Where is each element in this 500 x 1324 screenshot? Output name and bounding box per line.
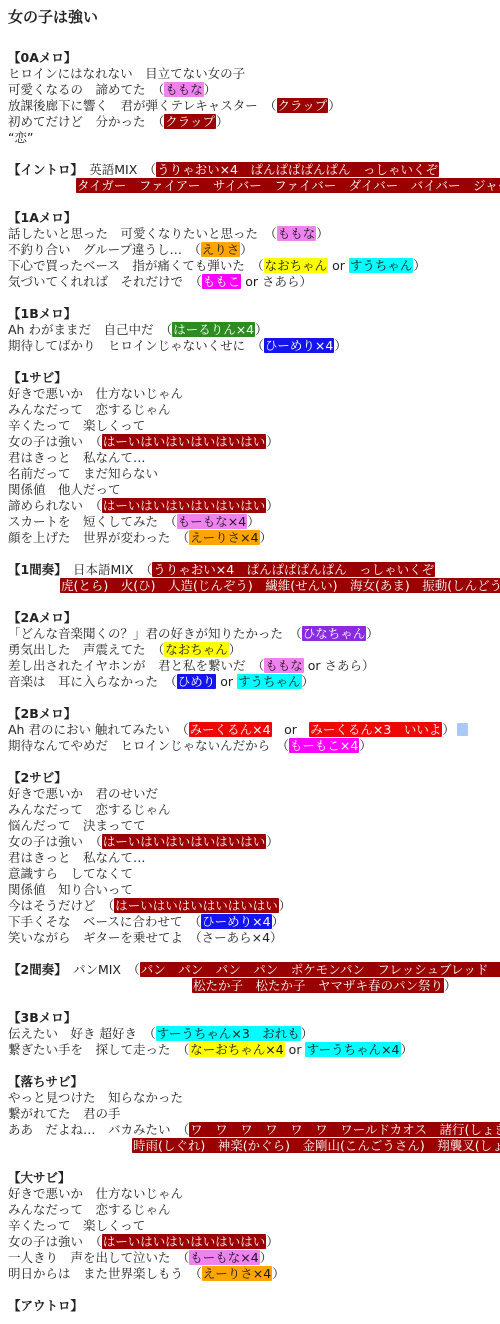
lyric-text: 関係値 知り合いって [8,882,133,897]
lyric-text: 好きで悪いか 仕方ないじゃん [8,1186,183,1201]
lyric-line: スカートを 短くしてみた （もーもな×4） [8,514,492,530]
lyric-text: ） [266,834,279,849]
lyric-text: 意識すら してなくて [8,866,133,881]
section-heading-line: 【大サビ】 [8,1170,492,1186]
section-heading-line: 【1Bメロ】 [8,306,492,322]
call-highlight: もーもこ×4 [289,738,359,753]
lyric-text: 君はきっと 私なんて… [8,450,146,465]
lyric-text: 君はきっと 私なんて… [8,850,146,865]
lyric-line: 諦められない （はーいはいはいはいはいはい） [8,498,492,514]
lyric-line: みんなだって 恋するじゃん [8,802,492,818]
lyric-line: 下心で買ったベース 指が痛くても弾いた （なおちゃん or すうちゃん） [8,258,492,274]
section-heading-line: 【落ちサビ】 [8,1074,492,1090]
call-highlight: ももこ [202,274,242,289]
lyric-line: ああ だよね… バカみたい （ワ ワ ワ ワ ワ ワ ワールドカオス 諸行(しょ… [8,1122,492,1138]
call-highlight: ももな [277,226,317,241]
lyric-text: ） [334,338,347,353]
lyrics-body: 【0Aメロ】ヒロインにはなれない 目立てない女の子可愛くなるの 諦めてた （もも… [8,50,492,1314]
call-highlight: えーりさ×4 [202,1266,272,1281]
lyric-text: 好きで悪いか 君のせいだ [8,786,158,801]
section-label: 【2間奏】 [8,962,60,977]
lyric-text: ） [302,674,315,689]
call-highlight: はーいはいはいはいはいはい [102,1234,267,1249]
lyric-line: 明日からは また世界楽しもう （えーりさ×4） [8,1266,492,1282]
lyric-text: ） [279,898,292,913]
lyric-line: 辛くたって 楽しくって [8,1218,492,1234]
call-highlight: 虎(とら) 火(ひ) 人造(じんぞう) 繊維(せんい) 海女(あま) 振動(しん… [60,578,500,593]
lyric-line: 君はきっと 私なんて… [8,450,492,466]
lyric-line: みんなだって 恋するじゃん [8,402,492,418]
lyric-text: 放課後廊下に響く 君が弾くテレキャスター （ [8,98,277,113]
lyric-line: 名前だって まだ知らない [8,466,492,482]
call-highlight: ひーめり×4 [201,914,271,929]
lyric-text: 差し出されたイヤホンが 君と私を繋いだ （ [8,658,264,673]
section-heading-line: 【2Aメロ】 [8,610,492,626]
lyric-text: ） [204,82,217,97]
lyric-text: ） [272,914,285,929]
lyric-line: “恋” [8,130,492,146]
call-highlight: はーるりん×4 [172,322,255,337]
lyric-text: 関係値 他人だって [8,482,121,497]
lyric-text: ） [260,1250,273,1265]
section-label: 【1Aメロ】 [8,210,76,225]
lyric-text: 気づいてくれれば それだけで （ [8,274,202,289]
song-title: 女の子は強い [8,8,492,26]
section-label: 【3Bメロ】 [8,1010,76,1025]
lyric-line: 繋がれてた 君の手 [8,1106,492,1122]
call-highlight: すうちゃん [237,674,302,689]
call-highlight: すーうちゃん×4 [305,1042,400,1057]
call-highlight: はーいはいはいはいはいはい [102,498,267,513]
lyric-text: or [328,258,349,273]
lyric-line: みんなだって 恋するじゃん [8,1202,492,1218]
call-highlight: もーもな×4 [177,514,247,529]
section-heading-line: 【2サビ】 [8,770,492,786]
song-section: 【3Bメロ】伝えたい 好き 超好き （すーうちゃん×3 おれも）繋ぎたい手を 探… [8,1010,492,1058]
lyric-text: 好きで悪いか 仕方ないじゃん [8,386,183,401]
lyric-text: “恋” [8,130,33,145]
lyric-text: 話したいと思った 可愛くなりたいと思った （ [8,226,277,241]
lyric-line: 勇気出した 声震えてた （なおちゃん） [8,642,492,658]
section-label: 【大サビ】 [8,1170,71,1185]
song-section: 【1サビ】好きで悪いか 仕方ないじゃんみんなだって 恋するじゃん辛くたって 楽し… [8,370,492,546]
call-highlight: はーいはいはいはいはいはい [102,834,267,849]
section-label: 【2Aメロ】 [8,610,76,625]
lyric-line: 差し出されたイヤホンが 君と私を繋いだ （ももな or さあら） [8,658,492,674]
song-section: 【2間奏】 パンMIX （パン パン パン パン ポケモンパン フレッシュブレッ… [8,962,492,994]
lyric-text: ） [442,722,455,737]
lyric-text: 下手くそな ベースに合わせて （ [8,914,201,929]
lyric-text: ） [401,1042,414,1057]
song-section: 【1Bメロ】Ah わがままだ 自己中だ （はーるりん×4）期待してばかり ヒロイ… [8,306,492,354]
lyric-text: 辛くたって 楽しくって [8,1218,145,1233]
lyric-text: ） [247,514,260,529]
lyric-text: ヒロインにはなれない 目立てない女の子 [8,66,245,81]
lyric-text: or さあら） [304,658,375,673]
section-label: 【0Aメロ】 [8,50,76,65]
section-label: 【アウトロ】 [8,1298,83,1313]
call-highlight: クラップ [277,98,329,113]
lyric-line: 辛くたって 楽しくって [8,418,492,434]
section-label: 【1Bメロ】 [8,306,76,321]
lyric-text: or [285,1042,306,1057]
lyric-text: 勇気出した 声震えてた （ [8,642,164,657]
lyric-line: 好きで悪いか 仕方ないじゃん [8,386,492,402]
call-highlight: 松たか子 松たか子 ヤマザキ春のパン祭り [192,978,444,993]
song-section: 【2サビ】好きで悪いか 君のせいだみんなだって 恋するじゃん悩んだって 決まって… [8,770,492,946]
call-highlight: ワ ワ ワ ワ ワ ワ ワールドカオス 諸行(しょぎょう) 小暮(こぐれ) [189,1122,500,1137]
lyric-line: 女の子は強い （はーいはいはいはいはいはい） [8,434,492,450]
lyric-text: ） [272,1266,285,1281]
lyric-line: 繋ぎたい手を 探して走った （なーおちゃん×4 or すーうちゃん×4） [8,1042,492,1058]
lyric-line: 話したいと思った 可愛くなりたいと思った （ももな） [8,226,492,242]
lyric-text: ） [328,98,341,113]
section-heading-line: 【イントロ】 英語MIX （うりゃおい×4 ぱんぱぱぱんぱん っしゃいくぞ [8,162,492,178]
lyric-text: 日本語MIX （ [60,562,152,577]
lyric-line: 初めてだけど 分かった （クラップ） [8,114,492,130]
section-heading-line: 【1Aメロ】 [8,210,492,226]
lyric-text: 女の子は強い （ [8,834,102,849]
song-section: 【2Bメロ】Ah 君のにおい 触れてみたい （みーくるん×4 or みーくるん×… [8,706,492,754]
call-highlight: もーもな×4 [189,1250,259,1265]
lyric-text: 音楽は 耳に入らなかった （ [8,674,177,689]
section-heading-line: 【0Aメロ】 [8,50,492,66]
lyric-text: ） [316,226,329,241]
call-highlight: なおちゃん [164,642,229,657]
lyric-text: Ah 君のにおい 触れてみたい （ [8,722,189,737]
song-section: 【1間奏】 日本語MIX （うりゃおい×4 ぱんぱぱぱんぱん っしゃいくぞ虎(と… [8,562,492,594]
song-section: 【アウトロ】 [8,1298,492,1314]
call-highlight: タイガー ファイアー サイバー ファイバー ダイバー バイバー ジャージャー [76,178,500,193]
lyric-text: ） [266,1234,279,1249]
lyric-text: ） [266,498,279,513]
lyric-line: 期待してばかり ヒロインじゃないくせに （ひーめり×4） [8,338,492,354]
lyric-text: 初めてだけど 分かった （ [8,114,164,129]
section-label: 【2Bメロ】 [8,706,76,721]
lyric-text: 諦められない （ [8,498,102,513]
lyric-line: 虎(とら) 火(ひ) 人造(じんぞう) 繊維(せんい) 海女(あま) 振動(しん… [8,578,492,594]
lyric-line: 不釣り合い グループ違うし… （えりさ） [8,242,492,258]
lyric-text: or [216,674,237,689]
lyric-text: ） [266,434,279,449]
call-highlight: うりゃおい×4 ぱんぱぱぱんぱん っしゃいくぞ [152,562,435,577]
call-highlight: ひーめり×4 [264,338,334,353]
call-highlight: クラップ [164,114,216,129]
lyric-text: ） [255,322,268,337]
lyric-line: 松たか子 松たか子 ヤマザキ春のパン祭り） [8,978,492,994]
lyric-text: 女の子は強い （ [8,1234,102,1249]
selection-artifact [457,723,468,736]
lyric-text: 辛くたって 楽しくって [8,418,145,433]
lyric-text: ） [444,978,457,993]
lyric-text: 名前だって まだ知らない [8,466,158,481]
lyric-text: ） [216,114,229,129]
lyric-text: ああ だよね… バカみたい （ [8,1122,189,1137]
lyric-text: ） [240,242,253,257]
lyric-line: 好きで悪いか 君のせいだ [8,786,492,802]
lyric-line: ヒロインにはなれない 目立てない女の子 [8,66,492,82]
song-section: 【イントロ】 英語MIX （うりゃおい×4 ぱんぱぱぱんぱん っしゃいくぞタイガ… [8,162,492,194]
lyric-line: 時雨(しぐれ) 神楽(かぐら) 金剛山(こんごうさん) 翔襲叉(しょうしゅうしゃ… [8,1138,492,1154]
lyric-text: 顔を上げた 世界が変わった （ [8,530,189,545]
lyric-line: 「どんな音楽聞くの？」君の好きが知りたかった （ひなちゃん） [8,626,492,642]
call-highlight: ももな [264,658,304,673]
lyric-text: 明日からは また世界楽しもう （ [8,1266,202,1281]
call-highlight: うりゃおい×4 ぱんぱぱぱんぱん っしゃいくぞ [156,162,439,177]
call-highlight: はーいはいはいはいはいはい [102,434,267,449]
call-highlight: ももな [164,82,204,97]
section-heading-line: 【アウトロ】 [8,1298,492,1314]
song-section: 【2Aメロ】「どんな音楽聞くの？」君の好きが知りたかった （ひなちゃん）勇気出し… [8,610,492,690]
lyric-line: 伝えたい 好き 超好き （すーうちゃん×3 おれも） [8,1026,492,1042]
section-heading-line: 【3Bメロ】 [8,1010,492,1026]
section-label: 【2サビ】 [8,770,67,785]
call-highlight: すーうちゃん×3 おれも [156,1026,301,1041]
call-highlight: すうちゃん [349,258,414,273]
lyric-text: 下心で買ったベース 指が痛くても弾いた （ [8,258,264,273]
lyric-text: Ah わがままだ 自己中だ （ [8,322,172,337]
call-highlight: なおちゃん [264,258,329,273]
lyric-text: 不釣り合い グループ違うし… （ [8,242,201,257]
lyric-line: 顔を上げた 世界が変わった （えーりさ×4） [8,530,492,546]
lyric-line: 音楽は 耳に入らなかった （ひめり or すうちゃん） [8,674,492,690]
lyric-line: Ah わがままだ 自己中だ （はーるりん×4） [8,322,492,338]
lyric-text: 期待してばかり ヒロインじゃないくせに （ [8,338,264,353]
lyric-line: 意識すら してなくて [8,866,492,882]
lyric-line: 放課後廊下に響く 君が弾くテレキャスター （クラップ） [8,98,492,114]
lyric-text: みんなだって 恋するじゃん [8,402,171,417]
call-highlight: みーくるん×3 いいよ [309,722,442,737]
lyric-text: 繋がれてた 君の手 [8,1106,121,1121]
lyric-line: 女の子は強い （はーいはいはいはいはいはい） [8,1234,492,1250]
lyric-text: ） [229,642,242,657]
lyrics-page: 女の子は強い 【0Aメロ】ヒロインにはなれない 目立てない女の子可愛くなるの 諦… [0,0,500,1324]
lyric-text: ） [260,530,273,545]
lyric-line: タイガー ファイアー サイバー ファイバー ダイバー バイバー ジャージャー） [8,178,492,194]
song-section: 【落ちサビ】やっと見つけた 知らなかった繋がれてた 君の手ああ だよね… バカみ… [8,1074,492,1154]
lyric-text: 一人きり 声を出して泣いた （ [8,1250,189,1265]
lyric-text: 悩んだって 決まってて [8,818,146,833]
lyric-text: みんなだって 恋するじゃん [8,1202,171,1217]
call-highlight: えりさ [201,242,241,257]
lyric-line: 関係値 他人だって [8,482,492,498]
call-highlight: 時雨(しぐれ) 神楽(かぐら) 金剛山(こんごうさん) 翔襲叉(しょうしゅうしゃ… [132,1138,500,1153]
lyric-text: 女の子は強い （ [8,434,102,449]
lyric-line: Ah 君のにおい 触れてみたい （みーくるん×4 or みーくるん×3 いいよ） [8,722,492,738]
section-label: 【落ちサビ】 [8,1074,83,1089]
lyric-line: 可愛くなるの 諦めてた （ももな） [8,82,492,98]
lyric-line: 関係値 知り合いって [8,882,492,898]
lyric-text: ） [366,626,379,641]
lyric-text: みんなだって 恋するじゃん [8,802,171,817]
song-section: 【1Aメロ】話したいと思った 可愛くなりたいと思った （ももな）不釣り合い グル… [8,210,492,290]
lyric-line: 君はきっと 私なんて… [8,850,492,866]
section-heading-line: 【1間奏】 日本語MIX （うりゃおい×4 ぱんぱぱぱんぱん っしゃいくぞ [8,562,492,578]
call-highlight: なーおちゃん×4 [189,1042,284,1057]
lyric-text: パンMIX （ [60,962,139,977]
section-heading-line: 【1サビ】 [8,370,492,386]
section-label: 【1間奏】 [8,562,60,577]
call-highlight: はーいはいはいはいはいはい [114,898,279,913]
section-heading-line: 【2間奏】 パンMIX （パン パン パン パン ポケモンパン フレッシュブレッ… [8,962,492,978]
lyric-line: 気づいてくれれば それだけで （ももこ or さあら） [8,274,492,290]
lyric-text: 可愛くなるの 諦めてた （ [8,82,164,97]
lyric-text: 繋ぎたい手を 探して走った （ [8,1042,189,1057]
lyric-text: 伝えたい 好き 超好き （ [8,1026,156,1041]
call-highlight: ひめり [177,674,217,689]
call-highlight: ひなちゃん [302,626,367,641]
call-highlight: えーりさ×4 [189,530,259,545]
lyric-text: ） [359,738,372,753]
lyric-line: 女の子は強い （はーいはいはいはいはいはい） [8,834,492,850]
lyric-text: ） [301,1026,314,1041]
lyric-text: 期待なんてやめだ ヒロインじゃないんだから （ [8,738,289,753]
lyric-line: 今はそうだけど （はーいはいはいはいはいはい） [8,898,492,914]
lyric-line: 一人きり 声を出して泣いた （もーもな×4） [8,1250,492,1266]
lyric-text: 今はそうだけど （ [8,898,114,913]
song-section: 【大サビ】好きで悪いか 仕方ないじゃんみんなだって 恋するじゃん辛くたって 楽し… [8,1170,492,1282]
lyric-line: 期待なんてやめだ ヒロインじゃないんだから （もーもこ×4） [8,738,492,754]
lyric-line: 好きで悪いか 仕方ないじゃん [8,1186,492,1202]
lyric-text: 「どんな音楽聞くの？」君の好きが知りたかった （ [8,626,302,641]
lyric-text: or [272,722,310,737]
lyric-line: やっと見つけた 知らなかった [8,1090,492,1106]
lyric-text: やっと見つけた 知らなかった [8,1090,183,1105]
lyric-text: スカートを 短くしてみた （ [8,514,177,529]
lyric-text: ） [413,258,426,273]
lyric-line: 悩んだって 決まってて [8,818,492,834]
song-section: 【0Aメロ】ヒロインにはなれない 目立てない女の子可愛くなるの 諦めてた （もも… [8,50,492,146]
call-highlight: パン パン パン パン ポケモンパン フレッシュブレッド 伊藤パン [140,962,500,977]
lyric-text: 英語MIX （ [77,162,156,177]
lyric-line: 下手くそな ベースに合わせて （ひーめり×4） [8,914,492,930]
lyric-line: 笑いながら ギターを乗せてよ （さーあら×4） [8,930,492,946]
section-label: 【1サビ】 [8,370,67,385]
call-highlight: みーくるん×4 [189,722,272,737]
lyric-text: 笑いながら ギターを乗せてよ （さーあら×4） [8,930,283,945]
section-label: 【イントロ】 [8,162,77,177]
section-heading-line: 【2Bメロ】 [8,706,492,722]
lyric-text: or さあら） [241,274,312,289]
